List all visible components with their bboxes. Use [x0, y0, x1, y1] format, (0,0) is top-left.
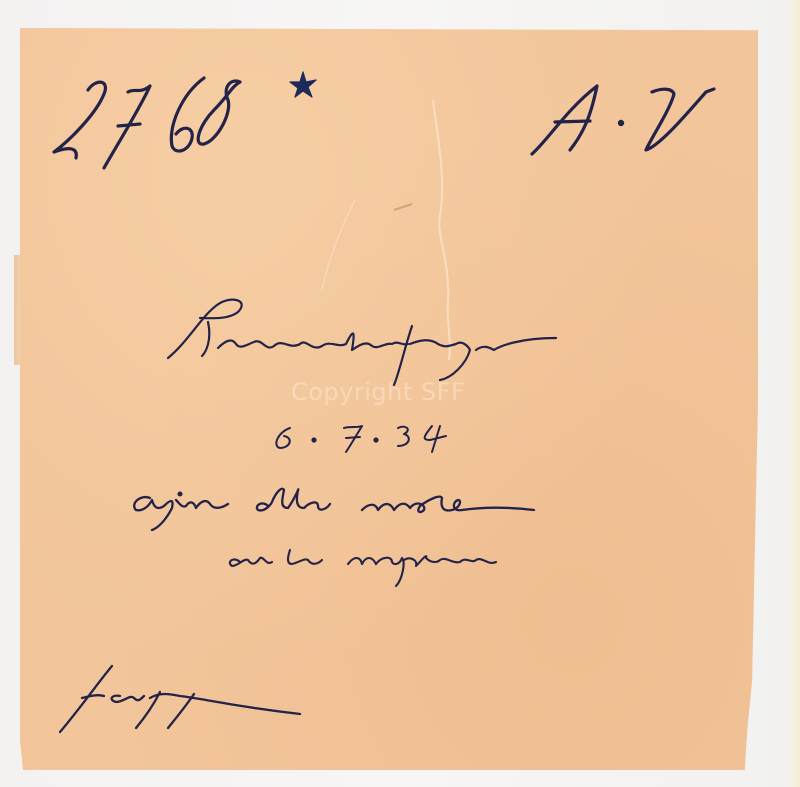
paper-fold-edge [14, 255, 20, 365]
scanned-document: Copyright SFF 2768 * A·U Perdasdefogu 6.… [0, 0, 800, 787]
adjacent-page-edge [791, 0, 800, 787]
copyright-watermark: Copyright SFF [291, 378, 511, 414]
